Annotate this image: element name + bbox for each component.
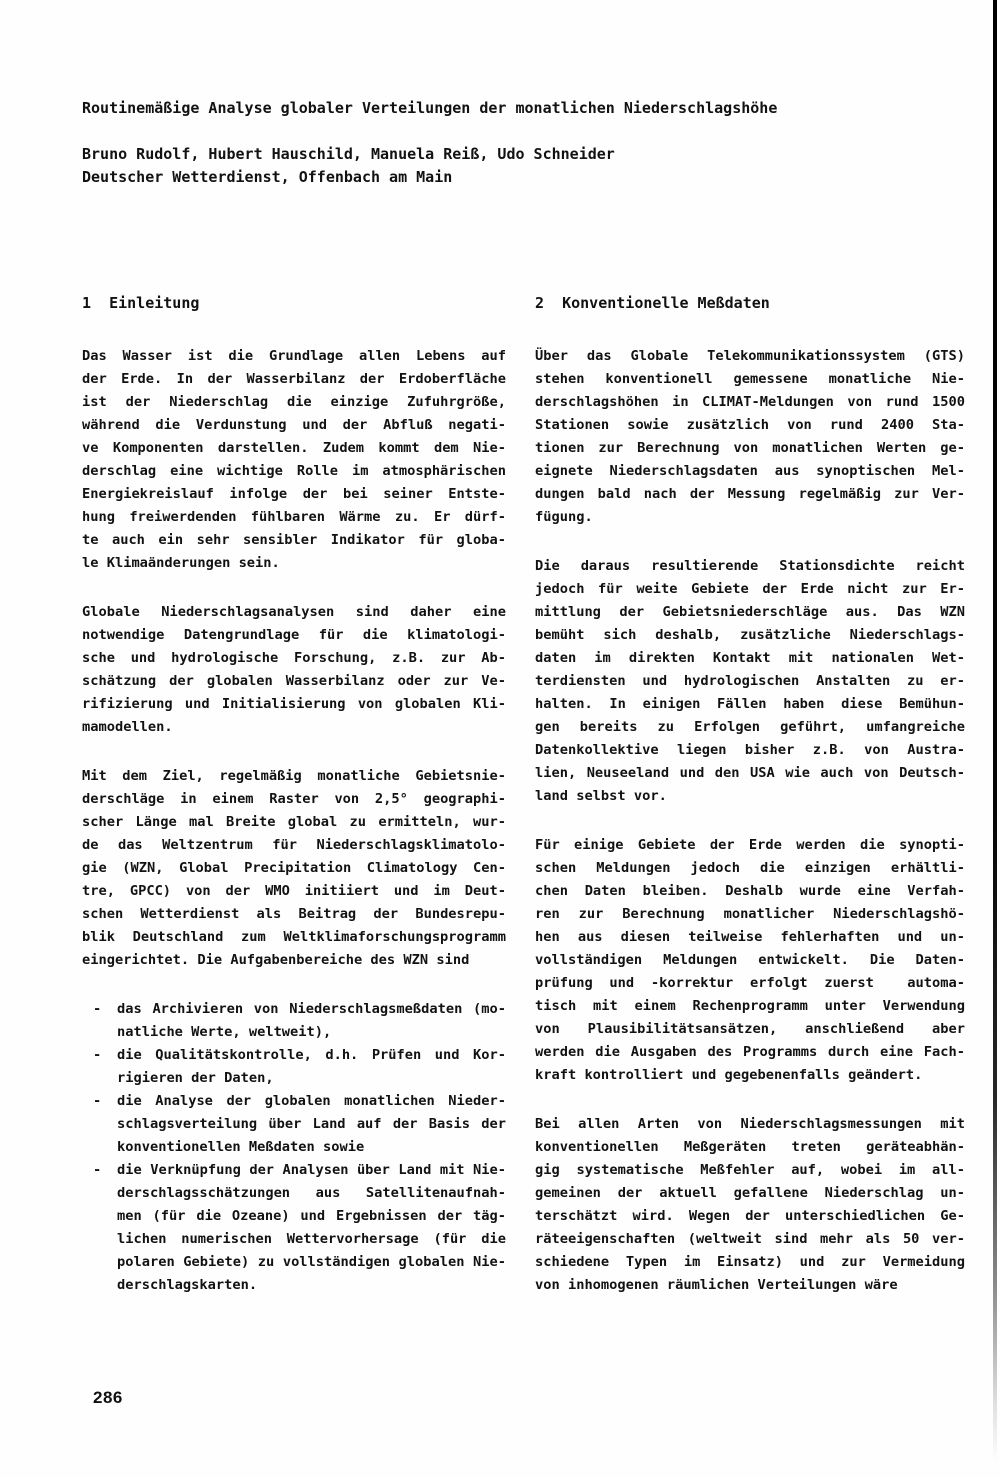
text-line: Stationen sowie zusätzlich von rund 2400… — [535, 414, 965, 437]
text-line: tionen zur Berechnung von monatlichen We… — [535, 437, 965, 460]
list-item: - die Verknüpfung der Analysen über Land… — [82, 1159, 506, 1297]
text-line: werden die Ausgaben des Programms durch … — [535, 1041, 965, 1064]
text-line: fügung. — [535, 506, 965, 529]
text-line: derschlagshöhen in CLIMAT-Meldungen von … — [535, 391, 965, 414]
text-line: bemüht sich deshalb, zusätzliche Nieders… — [535, 624, 965, 647]
text-line: schiedene Typen im Einsatz) und zur Verm… — [535, 1251, 965, 1274]
text-line: räteeigenschaften (weltweit sind mehr al… — [535, 1228, 965, 1251]
authors-line: Bruno Rudolf, Hubert Hauschild, Manuela … — [82, 143, 942, 166]
text-line: das Archivieren von Niederschlagsmeßdate… — [117, 998, 506, 1021]
text-line: während die Verdunstung und der Abfluß n… — [82, 414, 506, 437]
text-line: konventionellen Meßgeräten treten geräte… — [535, 1136, 965, 1159]
list-item: - die Qualitätskontrolle, d.h. Prüfen un… — [82, 1044, 506, 1090]
text-line: jedoch für weite Gebiete der Erde nicht … — [535, 578, 965, 601]
right-column: 2 Konventionelle Meßdaten Über das Globa… — [535, 292, 965, 1323]
scanned-paper-page: Routinemäßige Analyse globaler Verteilun… — [0, 0, 1000, 1477]
text-line: land selbst vor. — [535, 785, 965, 808]
text-line: kraft kontrolliert und gegebenenfalls ge… — [535, 1064, 965, 1087]
list-item: - die Analyse der globalen monatlichen N… — [82, 1090, 506, 1159]
text-line: der Erde. In der Wasserbilanz der Erdobe… — [82, 368, 506, 391]
text-line: Die daraus resultierende Stationsdichte … — [535, 555, 965, 578]
text-line: Über das Globale Telekommunikationssyste… — [535, 345, 965, 368]
text-line: die Analyse der globalen monatlichen Nie… — [117, 1090, 506, 1113]
text-line: von Plausibilitätsansätzen, anschließend… — [535, 1018, 965, 1041]
text-line: notwendige Datengrundlage für die klimat… — [82, 624, 506, 647]
messdaten-paragraph-1: Über das Globale Telekommunikationssyste… — [535, 345, 965, 529]
text-line: lichen numerischen Wettervorhersage (für… — [117, 1228, 506, 1251]
text-line: derschlag eine wichtige Rolle im atmosph… — [82, 460, 506, 483]
text-line: Bei allen Arten von Niederschlagsmessung… — [535, 1113, 965, 1136]
bullet-dash: - — [82, 998, 117, 1021]
paper-title: Routinemäßige Analyse globaler Verteilun… — [82, 97, 942, 119]
text-line: derschläge in einem Raster von 2,5° geog… — [82, 788, 506, 811]
text-line: Für einige Gebiete der Erde werden die s… — [535, 834, 965, 857]
text-line: von inhomogenen räumlichen Verteilungen … — [535, 1274, 965, 1297]
intro-paragraph-2: Globale Niederschlagsanalysen sind daher… — [82, 601, 506, 739]
text-line: tre, GPCC) von der WMO initiiert und im … — [82, 880, 506, 903]
section-1-heading: 1 Einleitung — [82, 292, 506, 315]
text-line: Energiekreislauf infolge der bei seiner … — [82, 483, 506, 506]
text-line: le Klimaänderungen sein. — [82, 552, 506, 575]
section-2-heading: 2 Konventionelle Meßdaten — [535, 292, 965, 315]
messdaten-paragraph-3: Für einige Gebiete der Erde werden die s… — [535, 834, 965, 1087]
text-line: terschätzt wird. Wegen der unterschiedli… — [535, 1205, 965, 1228]
text-line: dungen bald nach der Messung regelmäßig … — [535, 483, 965, 506]
text-line: die Qualitätskontrolle, d.h. Prüfen und … — [117, 1044, 506, 1067]
text-line: gemeinen der aktuell gefallene Niedersch… — [535, 1182, 965, 1205]
text-line: mamodellen. — [82, 716, 506, 739]
text-line: chen Daten bleiben. Deshalb wurde eine V… — [535, 880, 965, 903]
left-column: 1 Einleitung Das Wasser ist die Grundlag… — [82, 292, 506, 1297]
text-line: hen aus diesen teilweise fehlerhaften un… — [535, 926, 965, 949]
text-line: ve Komponenten darstellen. Zudem kommt d… — [82, 437, 506, 460]
text-line: Datenkollektive liegen bisher z.B. von A… — [535, 739, 965, 762]
text-line: die Verknüpfung der Analysen über Land m… — [117, 1159, 506, 1182]
text-line: derschlagsschätzungen aus Satellitenaufn… — [117, 1182, 506, 1205]
document-header: Routinemäßige Analyse globaler Verteilun… — [82, 97, 942, 189]
text-line: ist der Niederschlag die einzige Zufuhrg… — [82, 391, 506, 414]
text-line: Mit dem Ziel, regelmäßig monatliche Gebi… — [82, 765, 506, 788]
text-line: gie (WZN, Global Precipitation Climatolo… — [82, 857, 506, 880]
text-line: konventionellen Meßdaten sowie — [117, 1136, 506, 1159]
text-line: eignete Niederschlagsdaten aus synoptisc… — [535, 460, 965, 483]
text-line: terdiensten und hydrologischen Anstalten… — [535, 670, 965, 693]
intro-paragraph-3: Mit dem Ziel, regelmäßig monatliche Gebi… — [82, 765, 506, 972]
text-line: Das Wasser ist die Grundlage allen Leben… — [82, 345, 506, 368]
list-item: - das Archivieren von Niederschlagsmeßda… — [82, 998, 506, 1044]
text-line: lien, Neuseeland und den USA wie auch vo… — [535, 762, 965, 785]
messdaten-paragraph-2: Die daraus resultierende Stationsdichte … — [535, 555, 965, 808]
text-line: eingerichtet. Die Aufgabenbereiche des W… — [82, 949, 506, 972]
list-item-text: die Analyse der globalen monatlichen Nie… — [117, 1090, 506, 1159]
text-line: hung freiwerdenden fühlbaren Wärme zu. E… — [82, 506, 506, 529]
text-line: stehen konventionell gemessene monatlich… — [535, 368, 965, 391]
text-line: derschlagskarten. — [117, 1274, 506, 1297]
text-line: prüfung und -korrektur erfolgt zuerst au… — [535, 972, 965, 995]
text-line: rigieren der Daten, — [117, 1067, 506, 1090]
text-line: sche und hydrologische Forschung, z.B. z… — [82, 647, 506, 670]
text-line: de das Weltzentrum für Niederschlagsklim… — [82, 834, 506, 857]
list-item-text: die Verknüpfung der Analysen über Land m… — [117, 1159, 506, 1297]
bullet-dash: - — [82, 1159, 117, 1182]
text-line: Globale Niederschlagsanalysen sind daher… — [82, 601, 506, 624]
text-line: mittlung der Gebietsniederschläge aus. D… — [535, 601, 965, 624]
text-line: schlagsverteilung über Land auf der Basi… — [117, 1113, 506, 1136]
intro-paragraph-1: Das Wasser ist die Grundlage allen Leben… — [82, 345, 506, 575]
text-line: polaren Gebiete) zu vollständigen global… — [117, 1251, 506, 1274]
page-number: 286 — [93, 1388, 123, 1408]
text-line: daten im direkten Kontakt mit nationalen… — [535, 647, 965, 670]
bullet-dash: - — [82, 1044, 117, 1067]
text-line: rifizierung und Initialisierung von glob… — [82, 693, 506, 716]
text-line: gig systematische Meßfehler auf, wobei i… — [535, 1159, 965, 1182]
text-line: schen Meldungen jedoch die einzigen erhä… — [535, 857, 965, 880]
text-line: men (für die Ozeane) und Ergebnissen der… — [117, 1205, 506, 1228]
text-line: ren zur Berechnung monatlicher Niedersch… — [535, 903, 965, 926]
text-line: schätzung der globalen Wasserbilanz oder… — [82, 670, 506, 693]
text-line: schen Wetterdienst als Beitrag der Bunde… — [82, 903, 506, 926]
text-line: gen bereits zu Erfolgen geführt, umfangr… — [535, 716, 965, 739]
text-line: vollständigen Meldungen entwickelt. Die … — [535, 949, 965, 972]
messdaten-paragraph-4: Bei allen Arten von Niederschlagsmessung… — [535, 1113, 965, 1297]
list-item-text: die Qualitätskontrolle, d.h. Prüfen und … — [117, 1044, 506, 1090]
bullet-dash: - — [82, 1090, 117, 1113]
text-line: te auch ein sehr sensibler Indikator für… — [82, 529, 506, 552]
text-line: tisch mit einem Rechenprogramm unter Ver… — [535, 995, 965, 1018]
text-line: halten. In einigen Fällen haben diese Be… — [535, 693, 965, 716]
text-line: blik Deutschland zum Weltklimaforschungs… — [82, 926, 506, 949]
text-line: scher Länge mal Breite global zu ermitte… — [82, 811, 506, 834]
affiliation-line: Deutscher Wetterdienst, Offenbach am Mai… — [82, 166, 942, 189]
scan-edge-artifact — [993, 0, 997, 1462]
list-item-text: das Archivieren von Niederschlagsmeßdate… — [117, 998, 506, 1044]
wzn-task-list: - das Archivieren von Niederschlagsmeßda… — [82, 998, 506, 1297]
text-line: natliche Werte, weltweit), — [117, 1021, 506, 1044]
